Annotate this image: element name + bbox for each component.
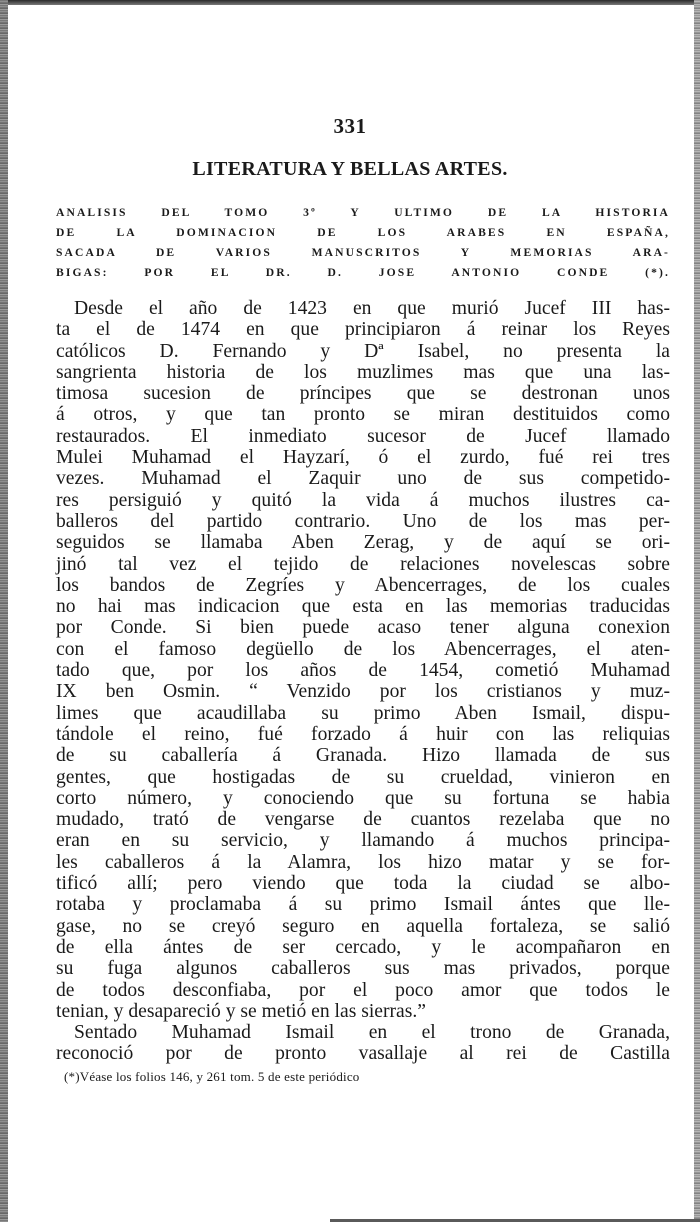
body-line: su fuga algunos caballeros sus mas priva… [56,958,670,979]
body-line: ta el de 1474 en que principiaron á rein… [56,319,670,340]
subtitle-line: DE LA DOMINACION DE LOS ARABES EN ESPAÑA… [56,223,670,243]
body-line: con el famoso degüello de los Abencerrag… [56,639,670,660]
body-line: de su caballería á Granada. Hizo llamada… [56,745,670,766]
body-line: tándole el reino, fué forzado á huir con… [56,724,670,745]
body-line: Desde el año de 1423 en que murió Jucef … [56,298,670,319]
body-line: Mulei Muhamad el Hayzarí, ó el zurdo, fu… [56,447,670,468]
body-line: eran en su servicio, y llamando á muchos… [56,830,670,851]
page-number: 331 [0,114,700,139]
body-line: corto número, y conociendo que su fortun… [56,788,670,809]
body-line: Sentado Muhamad Ismail en el trono de Gr… [56,1022,670,1043]
body-line: IX ben Osmin. “ Venzido por los cristian… [56,681,670,702]
body-line: tificó allí; pero viendo que toda la ciu… [56,873,670,894]
body-line: de todos desconfiaba, por el poco amor q… [56,980,670,1001]
body-line: tado que, por los años de 1454, cometió … [56,660,670,681]
body-line: á otros, y que tan pronto se miran desti… [56,404,670,425]
article-subtitle: ANALISIS DEL TOMO 3º Y ULTIMO DE LA HIST… [56,203,670,283]
body-line: les caballeros á la Alamra, los hizo mat… [56,852,670,873]
body-line: mudado, trató de vengarse de cuantos rez… [56,809,670,830]
footnote: (*)Véase los folios 146, y 261 tom. 5 de… [64,1069,564,1085]
body-line: gase, no se creyó seguro en aquella fort… [56,916,670,937]
body-line: de ella ántes de ser cercado, y le acomp… [56,937,670,958]
body-line: timosa sucesion de príncipes que se dest… [56,383,670,404]
scan-edge-right [694,0,700,1222]
scan-edge-left [0,0,8,1222]
body-line: jinó tal vez el tejido de relaciones nov… [56,554,670,575]
body-line: vezes. Muhamad el Zaquir uno de sus comp… [56,468,670,489]
body-line: restaurados. El inmediato sucesor de Juc… [56,426,670,447]
body-line: no hai mas indicacion que esta en las me… [56,596,670,617]
scan-edge-top [0,0,700,5]
body-line: los bandos de Zegríes y Abencerrages, de… [56,575,670,596]
body-line: tenian, y desapareció y se metió en las … [56,1001,670,1022]
body-line: por Conde. Si bien puede acaso tener alg… [56,617,670,638]
body-line: seguidos se llamaba Aben Zerag, y de aqu… [56,532,670,553]
subtitle-line: BIGAS: POR EL DR. D. JOSE ANTONIO CONDE … [56,263,670,283]
body-line: gentes, que hostigadas de su crueldad, v… [56,767,670,788]
body-line: sangrienta historia de los muzlimes mas … [56,362,670,383]
body-line: rotaba y proclamaba á su primo Ismail án… [56,894,670,915]
body-line: católicos D. Fernando y Dª Isabel, no pr… [56,341,670,362]
subtitle-line: ANALISIS DEL TOMO 3º Y ULTIMO DE LA HIST… [56,203,670,223]
body-line: limes que acaudillaba su primo Aben Isma… [56,703,670,724]
section-title: LITERATURA Y BELLAS ARTES. [0,158,700,181]
body-line: reconoció por de pronto vasallaje al rei… [56,1043,670,1064]
body-line: balleros del partido contrario. Uno de l… [56,511,670,532]
body-line: res persiguió y quitó la vida á muchos i… [56,490,670,511]
article-body: Desde el año de 1423 en que murió Jucef … [56,298,670,1065]
subtitle-line: SACADA DE VARIOS MANUSCRITOS Y MEMORIAS … [56,243,670,263]
